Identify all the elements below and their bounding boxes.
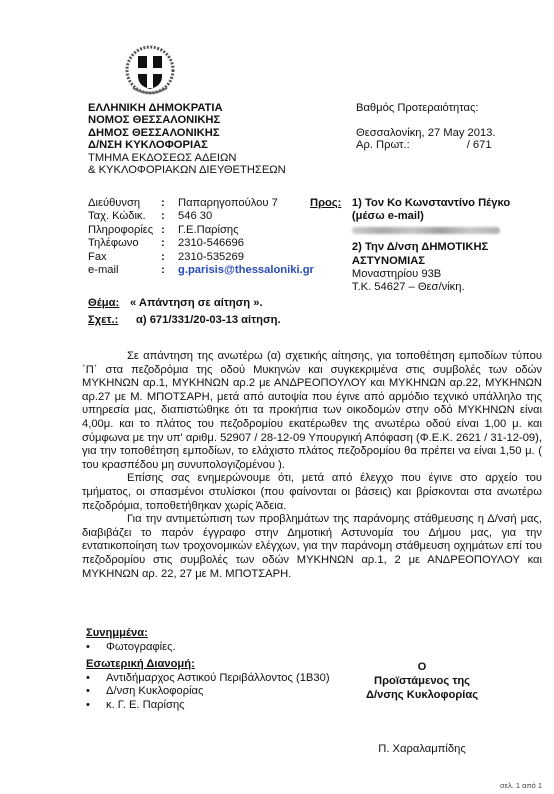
signer-name: Π. Χαραλαμπίδης: [340, 743, 504, 755]
contact-label: Πληροφορίες: [88, 224, 161, 237]
body-paragraph: Σε απάντηση της ανωτέρω (α) σχετικής αίτ…: [82, 350, 542, 472]
recipient-2-city: Τ.Κ. 54627 – Θεσ/νίκη.: [352, 281, 554, 294]
contact-value: 2310-535269: [178, 251, 244, 264]
email-link[interactable]: g.parisis@thessaloniki.gr: [178, 264, 314, 277]
contact-value: 546 30: [178, 210, 212, 223]
attachments-distribution: Συνημμένα: Φωτογραφίες. Εσωτερική Διανομ…: [86, 627, 330, 717]
contact-value: Γ.Ε.Παρίσης: [178, 224, 239, 237]
contact-value: 2310-546696: [178, 237, 244, 250]
contact-label: Τηλέφωνο: [88, 237, 161, 250]
recipients-label: Προς:: [310, 197, 352, 295]
distribution-heading: Εσωτερική Διανομή:: [86, 658, 330, 672]
protocol-label: Αρ. Πρωτ.:: [356, 139, 410, 151]
distribution-item: Δ/νση Κυκλοφορίας: [86, 685, 330, 699]
contact-details: Διεύθυνση : Παπαρηγοπούλου 7 Ταχ. Κώδικ.…: [88, 197, 314, 277]
distribution-item: κ. Γ. Ε. Παρίσης: [86, 699, 330, 713]
letter-body: Σε απάντηση της ανωτέρω (α) σχετικής αίτ…: [82, 350, 542, 581]
org-line: Δ/ΝΣΗ ΚΥΚΛΟΦΟΡΙΑΣ: [88, 139, 286, 151]
distribution-list: Αντιδήμαρχος Αστικού Περιβάλλοντος (1Β30…: [86, 672, 330, 713]
signature-title: Ο Προϊστάμενος της Δ/νσης Κυκλοφορίας: [340, 660, 504, 702]
document-meta-block: Βαθμός Προτεραιότητας: Θεσσαλονίκη, 27 M…: [356, 102, 496, 152]
recipient-1-via: (μέσω e-mail): [352, 210, 554, 223]
contact-value: Παπαρηγοπούλου 7: [178, 197, 278, 210]
recipient-2: 2) Την Δ/νση ΔΗΜΟΤΙΚΗΣ ΑΣΤΥΝΟΜΙΑΣ: [352, 241, 554, 268]
attachment-item: Φωτογραφίες.: [86, 641, 330, 655]
reference-label: Σχετ.:: [88, 312, 130, 329]
contact-row-email: e-mail : g.parisis@thessaloniki.gr: [88, 264, 314, 277]
subject-value: « Απάντηση σε αίτηση ».: [130, 295, 263, 312]
greek-coat-of-arms-emblem: [121, 44, 179, 98]
subject-block: Θέμα: « Απάντηση σε αίτηση ». Σχετ.: α) …: [88, 295, 281, 329]
dept-line: ΤΜΗΜΑ ΕΚΔΟΣΕΩΣ ΑΔΕΙΩΝ: [88, 152, 286, 164]
recipient-2-address: Μοναστηρίου 93Β: [352, 268, 554, 281]
separator: :: [161, 264, 178, 277]
redacted-email: [352, 227, 500, 234]
protocol-number: / 671: [467, 139, 492, 151]
subject-label: Θέμα:: [88, 295, 130, 312]
contact-label: Διεύθυνση: [88, 197, 161, 210]
signature-line: Ο: [340, 660, 504, 674]
separator: :: [161, 210, 178, 223]
separator: :: [161, 251, 178, 264]
reference-value: α) 671/331/20-03-13 αίτηση.: [136, 312, 281, 329]
contact-row-fax: Fax : 2310-535269: [88, 251, 314, 264]
contact-row-phone: Τηλέφωνο : 2310-546696: [88, 237, 314, 250]
org-line: ΝΟΜΟΣ ΘΕΣΣΑΛΟΝΙΚΗΣ: [88, 114, 286, 126]
distribution-item: Αντιδήμαρχος Αστικού Περιβάλλοντος (1Β30…: [86, 672, 330, 686]
page-number: σελ. 1 από 1: [500, 781, 542, 790]
contact-row-info: Πληροφορίες : Γ.Ε.Παρίσης: [88, 224, 314, 237]
attachments-heading: Συνημμένα:: [86, 627, 330, 641]
priority-label: Βαθμός Προτεραιότητας:: [356, 102, 496, 114]
contact-label: Ταχ. Κώδικ.: [88, 210, 161, 223]
separator: :: [161, 197, 178, 210]
body-paragraph: Επίσης σας ενημερώνουμε ότι, μετά από έλ…: [82, 472, 542, 513]
org-line: ΕΛΛΗΝΙΚΗ ΔΗΜΟΚΡΑΤΙΑ: [88, 102, 286, 114]
issuing-authority-block: ΕΛΛΗΝΙΚΗ ΔΗΜΟΚΡΑΤΙΑ ΝΟΜΟΣ ΘΕΣΣΑΛΟΝΙΚΗΣ Δ…: [88, 102, 286, 176]
dept-line: & ΚΥΚΛΟΦΟΡΙΑΚΩΝ ΔΙΕΥΘΕΤΗΣΕΩΝ: [88, 164, 286, 176]
body-paragraph: Για την αντιμετώπιση των προβλημάτων της…: [82, 513, 542, 581]
signature-line: Προϊστάμενος της: [340, 674, 504, 688]
contact-row-address: Διεύθυνση : Παπαρηγοπούλου 7: [88, 197, 314, 210]
attachments-list: Φωτογραφίες.: [86, 641, 330, 655]
document-date: Θεσσαλονίκη, 27 May 2013.: [356, 127, 496, 139]
recipients-block: Προς: 1) Τον Κο Κωνσταντίνο Πέγκο (μέσω …: [310, 197, 554, 295]
separator: :: [161, 237, 178, 250]
recipient-1: 1) Τον Κο Κωνσταντίνο Πέγκο: [352, 197, 554, 210]
contact-label: e-mail: [88, 264, 161, 277]
signature-line: Δ/νσης Κυκλοφορίας: [340, 688, 504, 702]
org-line: ΔΗΜΟΣ ΘΕΣΣΑΛΟΝΙΚΗΣ: [88, 127, 286, 139]
contact-row-postcode: Ταχ. Κώδικ. : 546 30: [88, 210, 314, 223]
contact-label: Fax: [88, 251, 161, 264]
separator: :: [161, 224, 178, 237]
